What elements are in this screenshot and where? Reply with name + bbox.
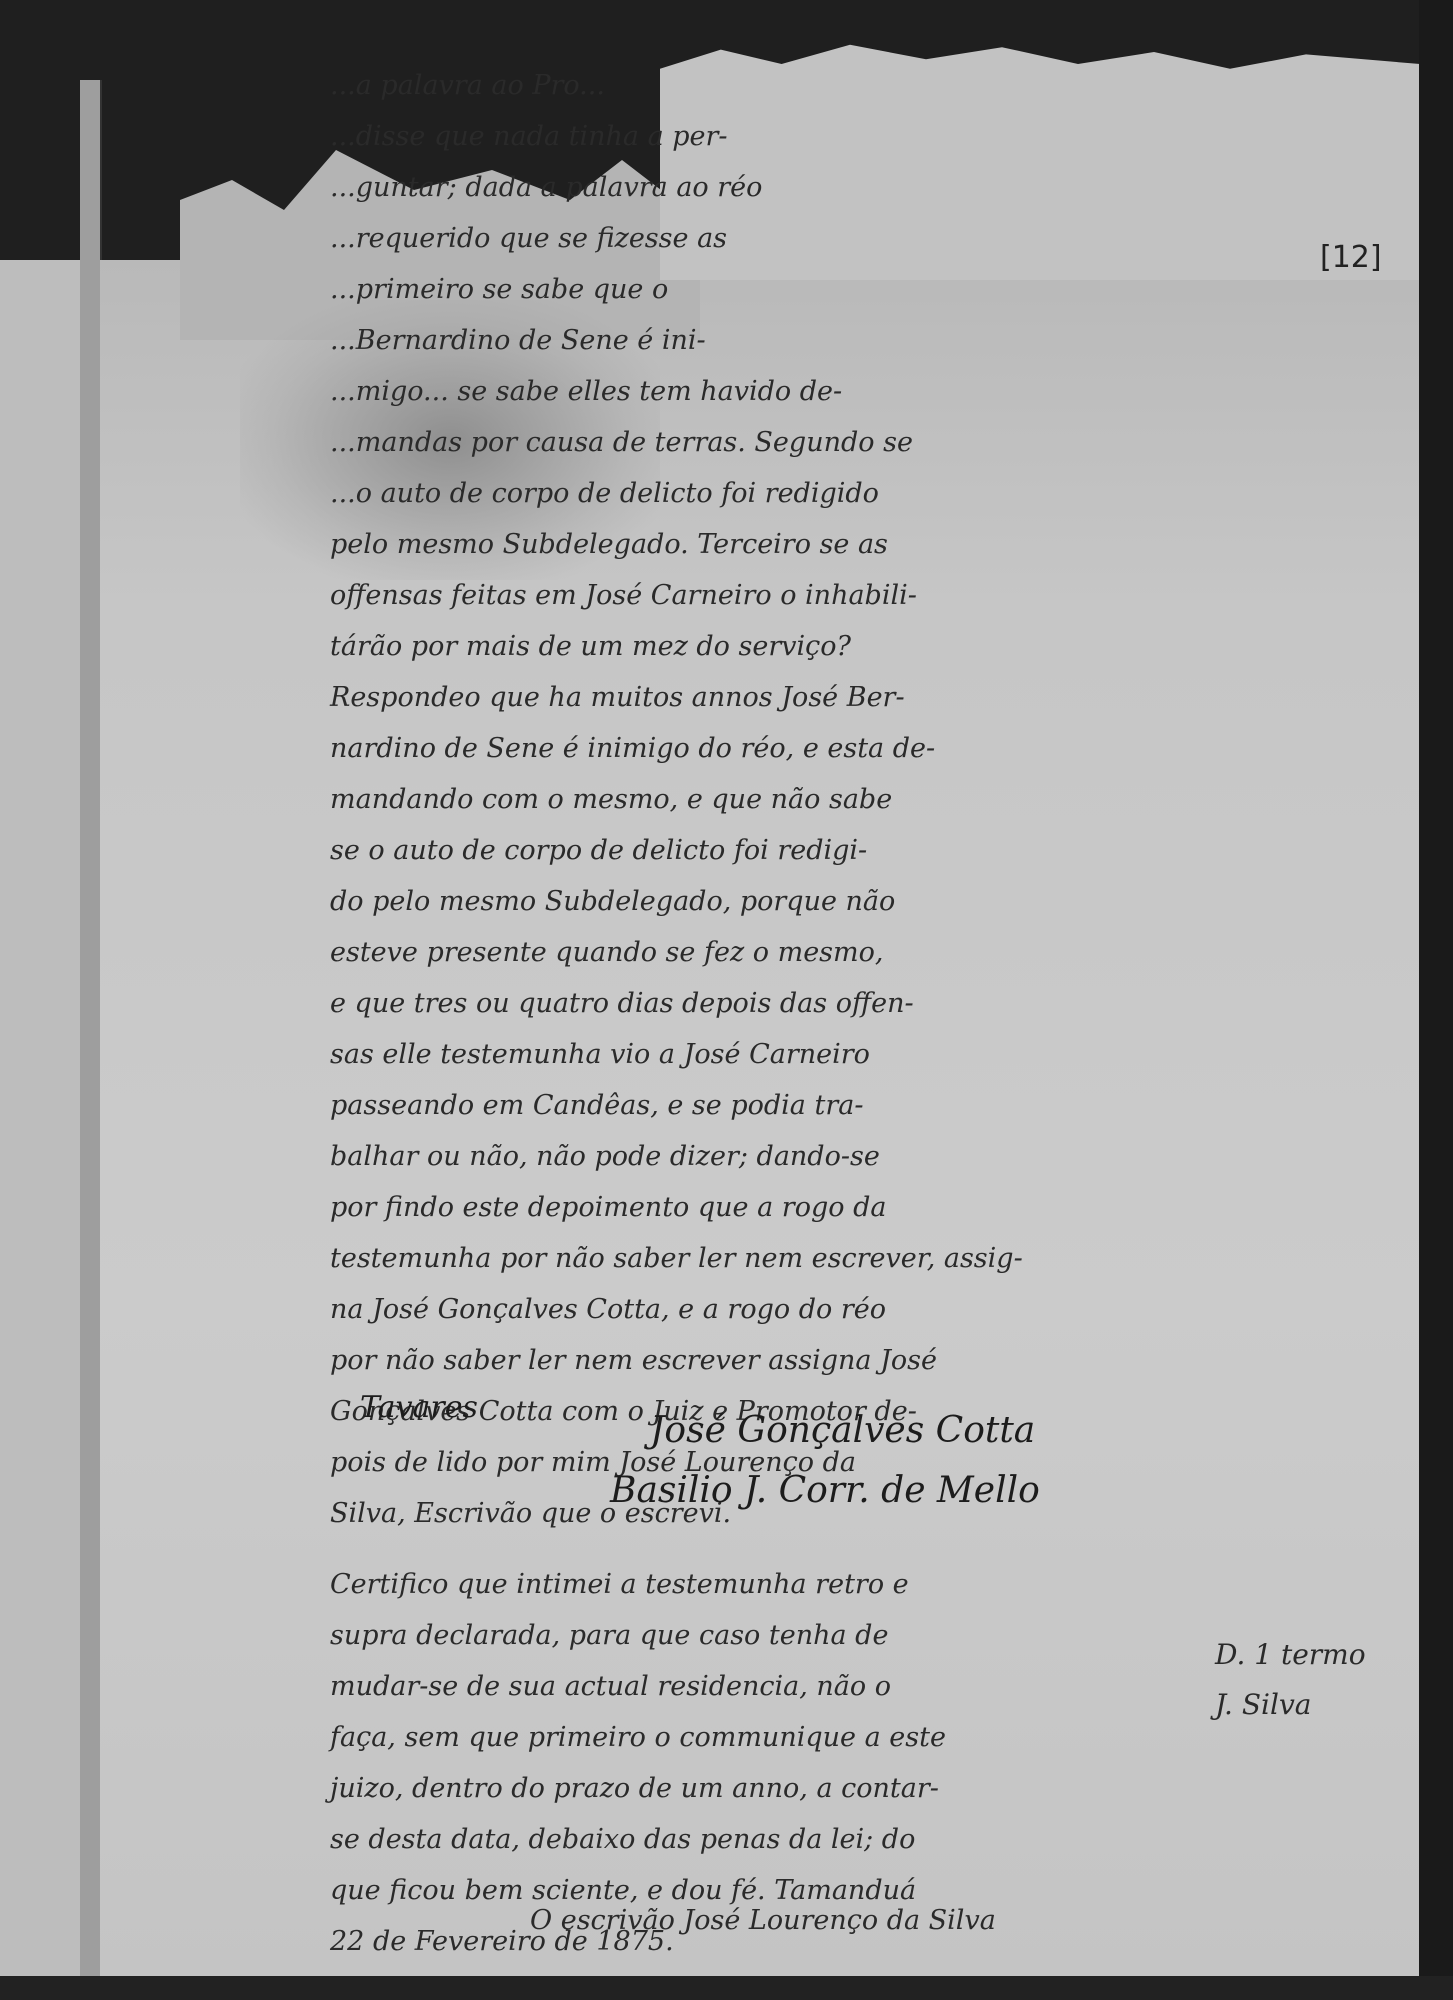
text-line: offensas feitas em José Carneiro o inhab… xyxy=(330,570,1210,621)
margin-note-line: D. 1 termo xyxy=(1215,1630,1366,1680)
page-number: [12] xyxy=(1320,240,1382,275)
text-line: se desta data, debaixo das penas da lei;… xyxy=(330,1815,1210,1866)
text-line: testemunha por não saber ler nem escreve… xyxy=(330,1233,1210,1284)
binding-strip xyxy=(80,80,102,2000)
text-line: e que tres ou quatro dias depois das off… xyxy=(330,978,1210,1029)
text-line: pelo mesmo Subdelegado. Terceiro se as xyxy=(330,519,1210,570)
text-line: supra declarada, para que caso tenha de xyxy=(330,1611,1210,1662)
text-line: passeando em Candêas, e se podia tra- xyxy=(330,1080,1210,1131)
text-line: ...Bernardino de Sene é ini- xyxy=(330,315,1210,366)
text-line: ...o auto de corpo de delicto foi redigi… xyxy=(330,468,1210,519)
text-line: juizo, dentro do prazo de um anno, a con… xyxy=(330,1764,1210,1815)
text-line: ...requerido que se fizesse as xyxy=(330,213,1210,264)
text-line: se o auto de corpo de delicto foi redigi… xyxy=(330,825,1210,876)
text-line: por findo este depoimento que a rogo da xyxy=(330,1182,1210,1233)
text-line: ...migo... se sabe elles tem havido de- xyxy=(330,366,1210,417)
margin-note: D. 1 termo J. Silva xyxy=(1215,1630,1366,1730)
scan-border-right xyxy=(1419,0,1453,2000)
text-line: mandando com o mesmo, e que não sabe xyxy=(330,774,1210,825)
text-line: Respondeo que ha muitos annos José Ber- xyxy=(330,672,1210,723)
clerk-signature: O escrivão José Lourenço da Silva xyxy=(530,1905,996,1936)
text-line: ...disse que nada tinha a per- xyxy=(330,111,1210,162)
adjacent-page-edge xyxy=(0,260,80,2000)
text-line: faça, sem que primeiro o communique a es… xyxy=(330,1713,1210,1764)
text-line: mudar-se de sua actual residencia, não o xyxy=(330,1662,1210,1713)
text-line: ...primeiro se sabe que o xyxy=(330,264,1210,315)
scan-border-bottom xyxy=(0,1976,1453,2000)
text-line: esteve presente quando se fez o mesmo, xyxy=(330,927,1210,978)
text-line: do pelo mesmo Subdelegado, porque não xyxy=(330,876,1210,927)
text-line: Certifico que intimei a testemunha retro… xyxy=(330,1560,1210,1611)
text-line: nardino de Sene é inimigo do réo, e esta… xyxy=(330,723,1210,774)
margin-note-line: J. Silva xyxy=(1215,1680,1366,1730)
text-line: sas elle testemunha vio a José Carneiro xyxy=(330,1029,1210,1080)
text-line: balhar ou não, não pode dizer; dando-se xyxy=(330,1131,1210,1182)
signature-mello: Basilio J. Corr. de Mello xyxy=(610,1470,1040,1511)
text-line: ...mandas por causa de terras. Segundo s… xyxy=(330,417,1210,468)
signature-tavares: Tavares xyxy=(360,1390,478,1425)
text-line: ...guntar; dada a palavra ao réo xyxy=(330,162,1210,213)
text-line: ...a palavra ao Pro... xyxy=(330,60,1210,111)
signature-cotta: José Gonçalves Cotta xyxy=(650,1410,1035,1451)
text-line: na José Gonçalves Cotta, e a rogo do réo xyxy=(330,1284,1210,1335)
testimony-text: ...a palavra ao Pro... ...disse que nada… xyxy=(330,60,1210,1539)
text-line: por não saber ler nem escrever assigna J… xyxy=(330,1335,1210,1386)
text-line: tárão por mais de um mez do serviço? xyxy=(330,621,1210,672)
